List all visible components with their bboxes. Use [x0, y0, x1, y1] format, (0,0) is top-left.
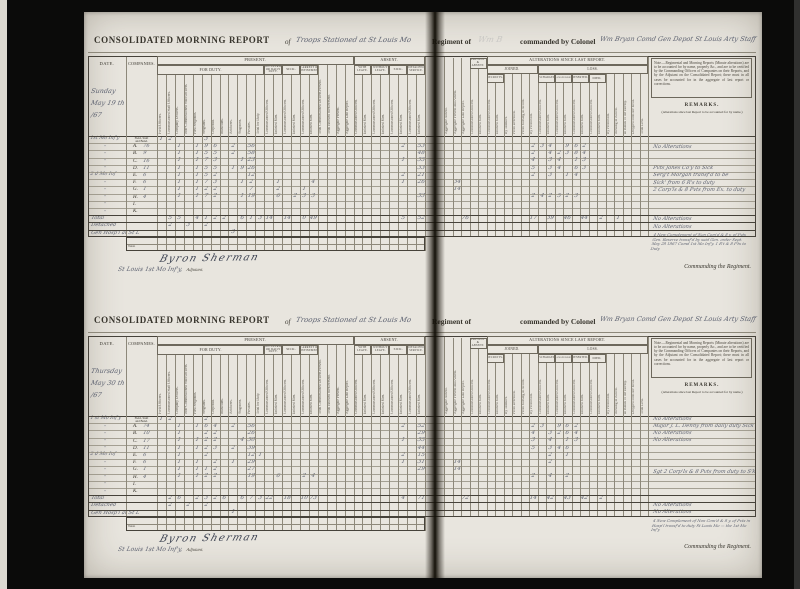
morning-report-form: CONSOLIDATED MORNING REPORTofTroops Stat…: [88, 34, 756, 292]
scan-edge-left: [0, 0, 7, 589]
commanding-the-regiment-label: Commanding the Regiment.: [596, 544, 751, 550]
group-header-discharged: DISCHARGED.: [538, 74, 555, 83]
total-strip-frame: [126, 517, 425, 531]
group-header-absent: ABSENT.: [354, 336, 425, 345]
handwritten-commander: Wm Bryan Comd Gen Depot St Louis Arty St…: [599, 316, 756, 323]
group-header-recruits: RECRUITS.: [487, 74, 504, 83]
ledger-book-page: CONSOLIDATED MORNING REPORTofTroops Stat…: [84, 12, 762, 578]
group-header-present-absent: PRESENT & ABSENT.: [470, 338, 487, 349]
group-header-present: PRESENT.: [157, 336, 354, 345]
adjutant-signature-line2: St Louis 1st Mo Inf'y, Adjutant.: [117, 267, 204, 273]
group-header-transferred: TRANSFERRED.: [555, 354, 572, 363]
group-header-for-duty: FOR DUTY.: [157, 345, 264, 355]
report-title: CONSOLIDATED MORNING REPORT: [94, 36, 270, 45]
group-header-present: PRESENT.: [157, 56, 354, 65]
book-gutter: [425, 12, 445, 578]
remark-note: 4 New Complement of Non Com'd & 8 y. of …: [650, 519, 751, 533]
group-header-extra-duty: ON EXTRA OR DAILY DUTY.: [264, 345, 282, 355]
report-title: CONSOLIDATED MORNING REPORT: [94, 316, 270, 325]
group-header-deserted: DESERTED.: [572, 74, 589, 83]
commanded-by-label: commanded by Colonel: [520, 38, 595, 46]
scanned-document-background: CONSOLIDATED MORNING REPORTofTroops Stat…: [0, 0, 800, 589]
title-rule: [88, 332, 756, 333]
group-header-alterations: ALTERATIONS SINCE LAST REPORT.: [487, 56, 649, 65]
group-header-present-absent: PRESENT & ABSENT.: [470, 58, 487, 69]
adjutant-label: Adjutant.: [185, 547, 204, 552]
handwritten-organization: Troops Stationed at St Louis Mo: [295, 37, 412, 44]
group-header-died: DIED.: [589, 354, 606, 363]
group-header-detached: DETACH'D SERVICE.: [407, 65, 425, 75]
group-header-arrest: IN ARREST OR CONFINEMENT.: [300, 345, 318, 355]
group-header-absent-sick: SICK.: [389, 345, 407, 355]
group-header-died: DIED.: [589, 74, 606, 83]
commanding-the-regiment-label: Commanding the Regiment.: [596, 264, 751, 270]
group-header-arrest: IN ARREST OR CONFINEMENT.: [300, 65, 318, 75]
scan-edge-right: [794, 0, 800, 589]
group-header-transferred: TRANSFERRED.: [555, 74, 572, 83]
adjutant-signature: Byron Sherman: [158, 252, 261, 265]
group-header-detached: DETACH'D SERVICE.: [407, 345, 425, 355]
faint-pencil-mark: Wm B: [477, 36, 503, 44]
total-strip-frame: [126, 237, 425, 251]
group-header-joined: JOINED.: [487, 345, 538, 354]
adjutant-label: Adjutant.: [185, 267, 204, 272]
adjutant-signature-line2: St Louis 1st Mo Inf'y, Adjutant.: [117, 547, 204, 553]
handwritten-organization: Troops Stationed at St Louis Mo: [295, 317, 412, 324]
commanded-by-label: commanded by Colonel: [520, 318, 595, 326]
group-header-for-duty: FOR DUTY.: [157, 65, 264, 75]
group-header-without-leave: WITHOUT LEAVE.: [371, 65, 389, 75]
group-header-without-leave: WITHOUT LEAVE.: [371, 345, 389, 355]
group-header-loss: LOSS.: [538, 345, 649, 354]
handwritten-commander: Wm Bryan Comd Gen Depot St Louis Arty St…: [599, 36, 756, 43]
group-header-with-leave: WITH LEAVE.: [354, 345, 372, 355]
group-header-with-leave: WITH LEAVE.: [354, 65, 372, 75]
report-title-of: of: [285, 319, 290, 326]
instructions-note-box: Note.—Regimental and Morning Reports (Mi…: [651, 338, 752, 378]
group-header-absent-sick: SICK.: [389, 65, 407, 75]
group-header-sick: SICK.: [282, 65, 300, 75]
group-header-absent: ABSENT.: [354, 56, 425, 65]
instructions-note-box: Note.—Regimental and Morning Reports (Mi…: [651, 58, 752, 98]
group-header-discharged: DISCHARGED.: [538, 354, 555, 363]
group-header-sick: SICK.: [282, 345, 300, 355]
title-rule: [88, 52, 756, 53]
group-header-loss: LOSS.: [538, 65, 649, 74]
group-header-extra-duty: ON EXTRA OR DAILY DUTY.: [264, 65, 282, 75]
group-header-alterations: ALTERATIONS SINCE LAST REPORT.: [487, 336, 649, 345]
group-header-joined: JOINED.: [487, 65, 538, 74]
morning-report-form: CONSOLIDATED MORNING REPORTofTroops Stat…: [88, 314, 756, 572]
group-header-recruits: RECRUITS.: [487, 354, 504, 363]
adjutant-signature: Byron Sherman: [158, 532, 261, 545]
report-title-of: of: [285, 39, 290, 46]
group-header-deserted: DESERTED.: [572, 354, 589, 363]
